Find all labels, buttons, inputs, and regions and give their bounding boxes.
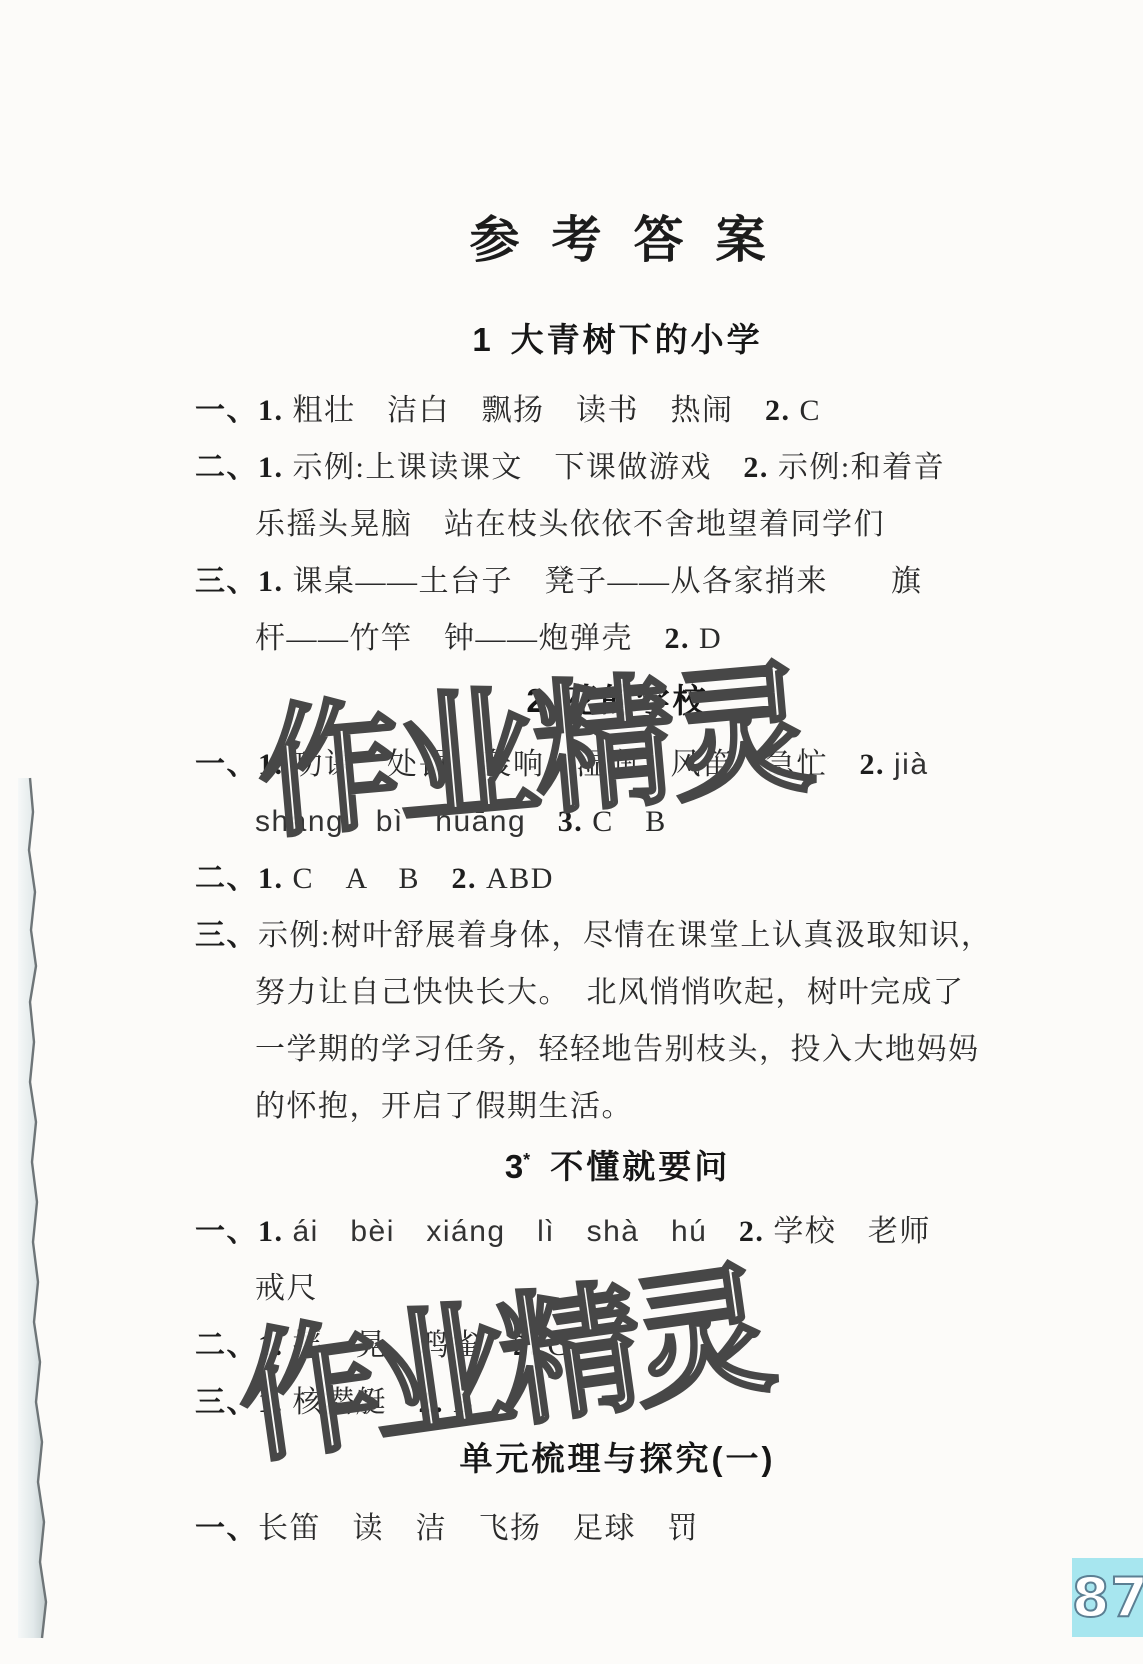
answer-text: 示例:上课读课文 下课做游戏: [293, 451, 744, 484]
answer-item-number: 1.: [258, 451, 293, 484]
answer-text: C: [800, 394, 822, 427]
answer-line: 努力让自己快快长大。 北风悄悄吹起，树叶完成了: [195, 964, 1040, 1021]
answer-section: 3*不懂就要问一、1. ái bèi xiáng lì shà hú 2. 学校…: [195, 1145, 1040, 1431]
answer-item-number: 1.: [258, 1215, 293, 1248]
answer-line: 三、示例:树叶舒展着身体，尽情在课堂上认真汲取知识，: [195, 907, 1040, 964]
answer-line: 一、1. ái bèi xiáng lì shà hú 2. 学校 老师: [195, 1203, 1040, 1260]
answer-text: 杆——竹竿 钟——炮弹壳: [255, 622, 665, 655]
answer-item-number: 三、: [195, 919, 258, 952]
answer-item-number: 2.: [743, 451, 778, 484]
answer-section: 1大青树下的小学一、1. 粗壮 洁白 飘扬 读书 热闹 2. C二、1. 示例:…: [195, 318, 1040, 667]
scanned-answer-page: 参考答案 1大青树下的小学一、1. 粗壮 洁白 飘扬 读书 热闹 2. C二、1…: [0, 0, 1143, 1664]
answer-line: 三、1. 核潜艇 2. B: [195, 1374, 1040, 1431]
answer-text: C A B: [293, 862, 452, 895]
answer-line: 一、长笛 读 洁 飞扬 足球 罚: [195, 1500, 1040, 1557]
answer-text: 的怀抱，开启了假期生活。: [255, 1090, 633, 1123]
answer-line: 杆——竹竿 钟——炮弹壳 2. D: [195, 610, 1040, 667]
answer-text: 课桌——土台子 凳子——从各家捎来 旗: [293, 565, 923, 598]
answer-text: C B: [592, 805, 667, 838]
answer-item-number: 三、: [195, 565, 258, 598]
answer-item-number: 一、: [195, 1215, 258, 1248]
section-star: *: [523, 1150, 530, 1170]
section-lines: 一、长笛 读 洁 飞扬 足球 罚: [195, 1500, 1040, 1557]
section-lines: 一、1. ái bèi xiáng lì shà hú 2. 学校 老师戒尺二、…: [195, 1203, 1040, 1431]
answer-item-number: 1.: [258, 565, 293, 598]
answer-text: B: [453, 1386, 475, 1419]
answer-item-number: 2.: [739, 1215, 774, 1248]
answer-text: 努力让自己快快长大。 北风悄悄吹起，树叶完成了: [255, 976, 965, 1009]
section-lines: 一、1. 功课 处罚 轰响 湿润 风笛 急忙 2. jiàshang bì hu…: [195, 736, 1040, 1135]
section-lines: 一、1. 粗壮 洁白 飘扬 读书 热闹 2. C二、1. 示例:上课读课文 下课…: [195, 382, 1040, 667]
answer-line: 一、1. 功课 处罚 轰响 湿润 风笛 急忙 2. jià: [195, 736, 1040, 793]
answer-text: 功课 处罚 轰响 湿润 风笛 急忙: [293, 748, 860, 781]
answer-item-number: 1.: [258, 394, 293, 427]
torn-page-edge-decoration: [0, 0, 70, 1664]
answer-item-number: 一、: [195, 394, 258, 427]
answer-line: 一、1. 粗壮 洁白 飘扬 读书 热闹 2. C: [195, 382, 1040, 439]
answer-text: 核潜艇: [293, 1386, 419, 1419]
answer-sections: 1大青树下的小学一、1. 粗壮 洁白 飘扬 读书 热闹 2. C二、1. 示例:…: [195, 318, 1040, 1557]
answer-item-number: 1.: [258, 1329, 293, 1362]
answer-section: 单元梳理与探究(一)一、长笛 读 洁 飞扬 足球 罚: [195, 1437, 1040, 1557]
answer-item-number: 1.: [258, 1386, 293, 1419]
answer-item-number: 一、: [195, 748, 258, 781]
answer-item-number: 2.: [513, 1329, 548, 1362]
answer-text: 长笛 读 洁 飞扬 足球 罚: [258, 1512, 699, 1545]
section-number: 1: [472, 321, 490, 358]
answer-item-number: 2.: [665, 622, 700, 655]
section-title: 花的学校: [565, 682, 709, 719]
section-heading: 1大青树下的小学: [195, 318, 1040, 362]
answer-item-number: 二、: [195, 1329, 258, 1362]
answer-line: 的怀抱，开启了假期生活。: [195, 1078, 1040, 1135]
answer-item-number: 2.: [765, 394, 800, 427]
answer-item-number: 1.: [258, 748, 293, 781]
answer-text: 一学期的学习任务，轻轻地告别枝头，投入大地妈妈: [255, 1033, 980, 1066]
answer-section: 2花的学校一、1. 功课 处罚 轰响 湿润 风笛 急忙 2. jiàshang …: [195, 679, 1040, 1135]
answer-text: 戒尺: [255, 1272, 318, 1305]
page-title: 参考答案: [195, 212, 1040, 268]
answer-item-number: 1.: [258, 862, 293, 895]
section-number: 3*: [505, 1148, 530, 1185]
answer-line: 三、1. 课桌——土台子 凳子——从各家捎来 旗: [195, 553, 1040, 610]
answer-text: 乐摇头晃脑 站在枝头依依不舍地望着同学们: [255, 508, 885, 541]
answer-line: 一学期的学习任务，轻轻地告别枝头，投入大地妈妈: [195, 1021, 1040, 1078]
section-heading: 3*不懂就要问: [195, 1145, 1040, 1189]
answer-content-column: 参考答案 1大青树下的小学一、1. 粗壮 洁白 飘扬 读书 热闹 2. C二、1…: [195, 0, 1040, 1557]
answer-line: 二、1. C A B 2. ABD: [195, 850, 1040, 907]
answer-line: shang bì huāng 3. C B: [195, 793, 1040, 850]
answer-text: D: [699, 622, 722, 655]
section-number: 2: [526, 682, 544, 719]
answer-item-number: 2.: [419, 1386, 454, 1419]
answer-text: 示例:和着音: [778, 451, 945, 484]
answer-item-number: 2.: [452, 862, 487, 895]
page-number-badge: 87: [1072, 1558, 1143, 1637]
section-title: 不懂就要问: [550, 1148, 730, 1185]
answer-text: shang bì huāng: [255, 805, 558, 838]
answer-line: 戒尺: [195, 1260, 1040, 1317]
page-number: 87: [1072, 1566, 1143, 1629]
answer-item-number: 三、: [195, 1386, 258, 1419]
answer-item-number: 二、: [195, 451, 258, 484]
answer-text: 学校 老师: [773, 1215, 931, 1248]
section-title: 单元梳理与探究(一): [460, 1440, 776, 1477]
section-title: 大青树下的小学: [511, 321, 763, 358]
answer-item-number: 一、: [195, 1512, 258, 1545]
answer-item-number: 二、: [195, 862, 258, 895]
answer-line: 二、1. 摇 晃 鸦雀 2. C: [195, 1317, 1040, 1374]
answer-item-number: 3.: [558, 805, 593, 838]
answer-line: 二、1. 示例:上课读课文 下课做游戏 2. 示例:和着音: [195, 439, 1040, 496]
answer-line: 乐摇头晃脑 站在枝头依依不舍地望着同学们: [195, 496, 1040, 553]
answer-text: 摇 晃 鸦雀: [293, 1329, 514, 1362]
answer-text: jià: [894, 748, 929, 781]
answer-item-number: 2.: [860, 748, 895, 781]
answer-text: 粗壮 洁白 飘扬 读书 热闹: [293, 394, 766, 427]
section-heading: 2花的学校: [195, 679, 1040, 723]
answer-text: C: [548, 1329, 570, 1362]
answer-text: ái bèi xiáng lì shà hú: [293, 1215, 739, 1248]
answer-text: 示例:树叶舒展着身体，尽情在课堂上认真汲取知识，: [258, 919, 992, 952]
section-heading: 单元梳理与探究(一): [195, 1437, 1040, 1481]
answer-text: ABD: [486, 862, 554, 895]
